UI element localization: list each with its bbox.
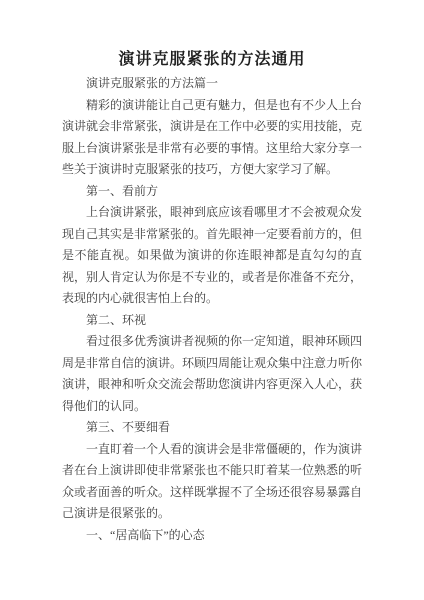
document-title: 演讲克服紧张的方法通用 — [62, 47, 362, 73]
document-body: 演讲克服紧张的方法篇一 精彩的演讲能让自己更有魅力，但是也有不少人上台演讲就会非… — [62, 73, 362, 546]
section-heading-2: 第二、环视 — [62, 310, 362, 332]
section-heading-1: 第一、看前方 — [62, 181, 362, 203]
document-page: 演讲克服紧张的方法通用 演讲克服紧张的方法篇一 精彩的演讲能让自己更有魅力，但是… — [0, 0, 424, 600]
section-heading-3: 第三、不要细看 — [62, 417, 362, 439]
document-subtitle: 演讲克服紧张的方法篇一 — [62, 73, 362, 95]
paragraph-section-1: 上台演讲紧张，眼神到底应该看哪里才不会被观众发现自己其实是非常紧张的。首先眼神一… — [62, 202, 362, 310]
paragraph-intro: 精彩的演讲能让自己更有魅力，但是也有不少人上台演讲就会非常紧张，演讲是在工作中必… — [62, 95, 362, 181]
section-heading-4: 一、“居高临下”的心态 — [62, 525, 362, 547]
paragraph-section-3: 一直盯着一个人看的演讲会是非常僵硬的，作为演讲者在台上演讲即使非常紧张也不能只盯… — [62, 439, 362, 525]
paragraph-section-2: 看过很多优秀演讲者视频的你一定知道，眼神环顾四周是非常自信的演讲。环顾四周能让观… — [62, 331, 362, 417]
